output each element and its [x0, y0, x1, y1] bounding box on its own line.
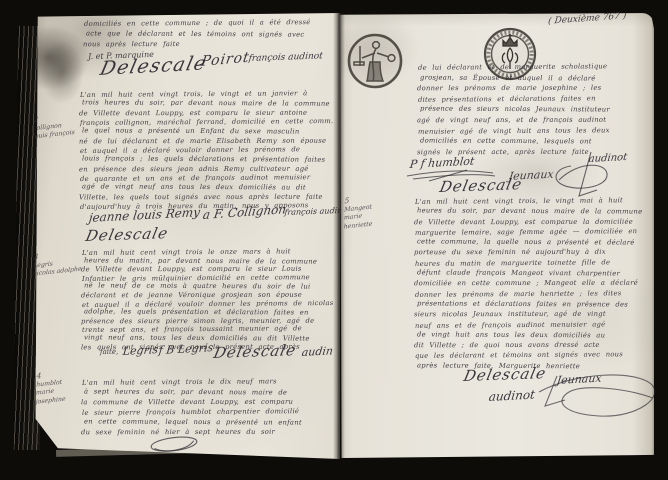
book-gutter-shadow	[333, 12, 345, 459]
hw-line: donner les prénoms de marie josephine ; …	[417, 83, 609, 94]
entry-2-margin-note: 2collignonlouis françois	[33, 112, 76, 142]
hw-line: domiciliés en cette commune ; de quoi il…	[84, 17, 311, 29]
hw-line: sieurs nicolas Jeunaux instituteur, agé …	[414, 309, 639, 320]
hw-line: trois heures du soir, par devant nous ma…	[82, 99, 335, 110]
hw-line: heures du soir, par devant nous maire de…	[417, 206, 642, 217]
entry-3-margin-note: 3Legrisnicolas adolphe	[33, 248, 83, 279]
signature-delescale: Delescale	[212, 341, 298, 362]
register-scan: domiciliés en cette commune ; de quoi il…	[0, 0, 668, 480]
prev-entry-closing: domiciliés en cette commune ; de quoi il…	[84, 18, 311, 50]
entry-4-continuation-text: de lui déclarant et de marguerite schola…	[418, 62, 610, 157]
signature-loop-flourish	[545, 150, 615, 202]
entry-3-text: L'an mil huit cent vingt trois le onze m…	[82, 248, 334, 351]
hw-line: domiciliés en cette commune, lesquels on…	[420, 136, 612, 148]
entry-4-margin-note: 4humblotmariejosephine	[35, 369, 66, 406]
entry-4-text: L'an mil huit cent vingt trois le dix ne…	[82, 377, 300, 437]
signature-delescale: Delescale	[438, 175, 524, 196]
signature-delescale: Delescale	[84, 224, 170, 245]
entry-3-closing-word: faite,	[100, 348, 118, 356]
hw-line: domiciliée en cette commune ; Mangeot el…	[414, 278, 639, 289]
hw-line: agé de vingt neuf ans, et de françois au…	[417, 115, 609, 126]
signature-audinot: audin	[301, 344, 334, 359]
signature-legris: Legris	[122, 343, 159, 358]
ink-oval-flourish	[148, 434, 202, 454]
signature-audinot: audinot	[488, 387, 536, 404]
hw-line: de lui déclarant et de marguerite schola…	[418, 61, 610, 73]
signature-loop-flourish-large	[535, 370, 668, 428]
entry-5-margin-note: 5Mangeotmariehenriette	[343, 194, 373, 231]
allegorical-figure-stamp-icon	[346, 32, 404, 90]
entry-5-text: L'an mil huit cent vingt trois, le vingt…	[415, 196, 640, 371]
hw-line: nous après lecture faite	[83, 39, 310, 50]
entry-2-text: L'an mil huit cent vingt trois, le vingt…	[80, 90, 333, 211]
hw-line: présence des sieurs nicolas Jeunaux inst…	[420, 104, 612, 116]
